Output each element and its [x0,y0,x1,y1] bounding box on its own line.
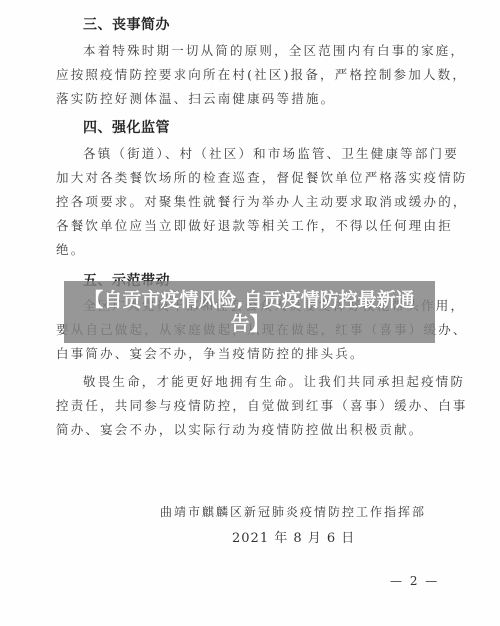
closing-line: 敬畏生命，才能更好地拥有生命。让我们共同承担起疫情防 [83,374,436,390]
title-overlay-banner: 【自贡市疫情风险,自贡疫情防控最新通告】 [64,281,435,343]
closing-line: 简办、宴会不办，以实际行动为疫情防控做出积极贡献。 [56,422,436,438]
overlay-title: 【自贡市疫情风险,自贡疫情防控最新通告】 [80,288,420,336]
page-number: — 2 — [390,574,439,588]
paragraph-line: 落实防控好测体温、扫云南健康码等措施。 [56,91,436,107]
paragraph-line: 各餐饮单位应当立即做好退款等相关工作，不得以任何理由拒 [56,218,436,234]
paragraph-line: 本着特殊时期一切从简的原则，全区范围内有白事的家庭， [83,43,436,59]
paragraph-line: 控各项要求。对聚集性就餐行为举办人主动要求取消或缓办的， [56,194,436,210]
paragraph-line: 应按照疫情防控要求向所在村(社区)报备，严格控制参加人数， [56,67,436,83]
issue-date: 2021 年 8 月 6 日 [232,527,355,546]
paragraph-line: 白事简办、宴会不办，争当疫情防控的排头兵。 [56,346,436,362]
paragraph-line: 绝。 [56,242,436,258]
section-heading-funeral: 三、丧事简办 [83,14,170,34]
issuer-signature: 曲靖市麒麟区新冠肺炎疫情防控工作指挥部 [160,503,426,520]
paragraph-line: 加大对各类餐饮场所的检查巡查，督促餐饮单位严格落实疫情防 [56,170,436,186]
section-heading-supervision: 四、强化监管 [83,117,170,137]
paragraph-line: 各镇（街道）、村（社区）和市场监管、卫生健康等部门要 [83,146,436,162]
closing-line: 控责任，共同参与疫情防控，自觉做到红事（喜事）缓办、白事 [56,398,436,414]
